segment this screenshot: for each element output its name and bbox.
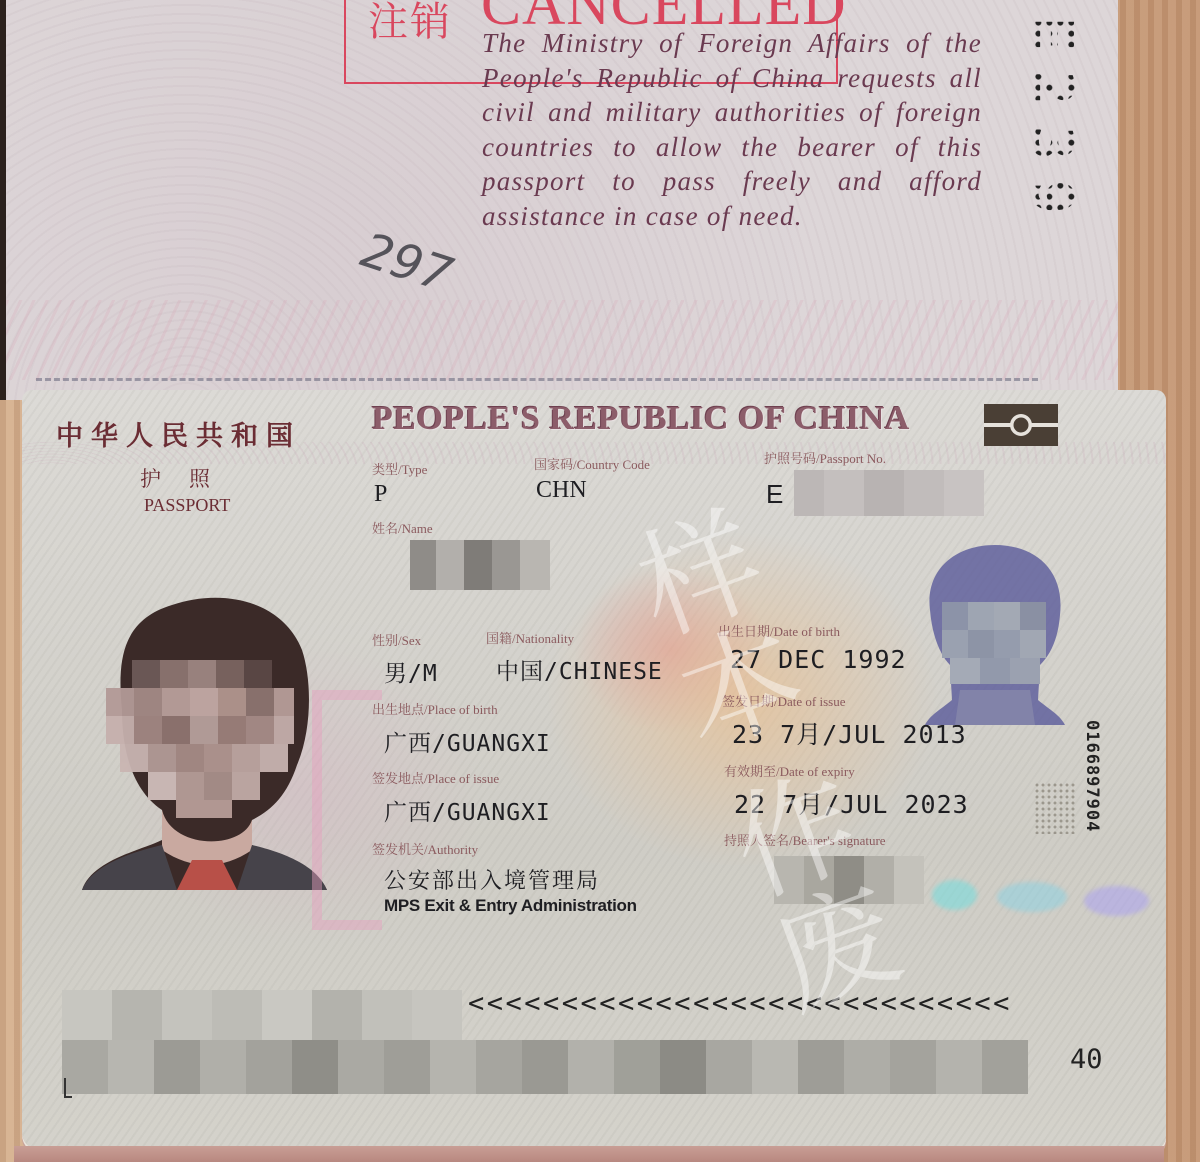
security-print <box>312 690 382 930</box>
country-name-zh: 中华人民共和国 <box>56 414 301 453</box>
passport-no-value: E <box>766 479 784 510</box>
date-of-expiry-value: 22 7月/JUL 2023 <box>734 785 969 821</box>
name-label: 姓名/Name <box>372 518 433 537</box>
biometric-chip-icon <box>984 404 1058 446</box>
mrz-line2-end: 40 <box>1070 1044 1103 1075</box>
mrz-line1-redaction <box>62 990 462 1040</box>
microprint-dots <box>1034 782 1076 834</box>
passport-no-redaction <box>794 470 984 516</box>
document-type-zh: 护照 <box>140 463 238 493</box>
mrz-line2-start-mark <box>64 1078 72 1098</box>
place-of-birth-value: 广西/GUANGXI <box>384 725 551 758</box>
hologram <box>997 882 1067 912</box>
perforated-char: E <box>1025 17 1077 51</box>
place-of-issue-value: 广西/GUANGXI <box>384 794 551 827</box>
country-code-label: 国家码/Country Code <box>534 454 650 473</box>
type-label: 类型/Type <box>372 459 427 478</box>
guilloche-pattern <box>6 300 1118 380</box>
date-of-birth-value: 27 DEC 1992 <box>730 645 907 674</box>
date-of-birth-label: 出生日期/Date of birth <box>718 621 840 640</box>
stamp-zh: 注销 <box>368 0 452 47</box>
sex-value: 男/M <box>384 655 438 688</box>
cover-edge <box>0 0 6 400</box>
serial-number: 0166897904 <box>1082 720 1102 832</box>
mrz-line1: <<<<<<<<<<<<<<<<<<<<<<<<<<<<< <box>468 988 1012 1019</box>
handwritten-note: 297 <box>355 222 459 304</box>
place-of-birth-label: 出生地点/Place of birth <box>372 699 498 718</box>
passport-no-label: 护照号码/Passport No. <box>764 448 886 467</box>
mrz-line2-redaction <box>62 1040 1060 1094</box>
perforated-char: 9 <box>1025 180 1077 214</box>
date-of-expiry-label: 有效期至/Date of expiry <box>724 761 855 780</box>
ministry-request-text: The Ministry of Foreign Affairs of the P… <box>482 26 982 233</box>
nationality-value: 中国/CHINESE <box>496 653 663 686</box>
authority-value-zh: 公安部出入境管理局 <box>384 864 600 895</box>
perforated-char: 3 <box>1025 126 1077 160</box>
hologram <box>932 880 977 910</box>
authority-label: 签发机关/Authority <box>372 839 478 858</box>
signature-redaction <box>774 856 924 904</box>
country-name-en: PEOPLE'S REPUBLIC OF CHINA <box>372 400 910 438</box>
cover-edge-bottom <box>14 1146 1164 1162</box>
authority-value-en: MPS Exit & Entry Administration <box>384 896 637 916</box>
perforated-number: E 2 3 9 <box>1011 8 1091 223</box>
passport-data-page: 中华人民共和国 PEOPLE'S REPUBLIC OF CHINA 护照 PA… <box>22 390 1166 1150</box>
country-code-value: CHN <box>536 477 587 504</box>
sex-label: 性别/Sex <box>372 630 421 649</box>
date-of-issue-label: 签发日期/Date of issue <box>722 691 845 710</box>
observations-page: 注销 CANCELLED The Ministry of Foreign Aff… <box>6 0 1118 400</box>
name-redaction <box>410 540 550 590</box>
ghost-photo <box>920 540 1070 730</box>
holder-photo <box>62 560 338 900</box>
type-value: P <box>374 481 387 508</box>
perforated-char: 2 <box>1025 71 1077 105</box>
hologram <box>1084 886 1149 916</box>
nationality-label: 国籍/Nationality <box>486 628 574 647</box>
signature-label: 持照人签名/Bearer's signature <box>724 830 886 849</box>
place-of-issue-label: 签发地点/Place of issue <box>372 768 499 787</box>
document-type-en: PASSPORT <box>144 495 230 516</box>
